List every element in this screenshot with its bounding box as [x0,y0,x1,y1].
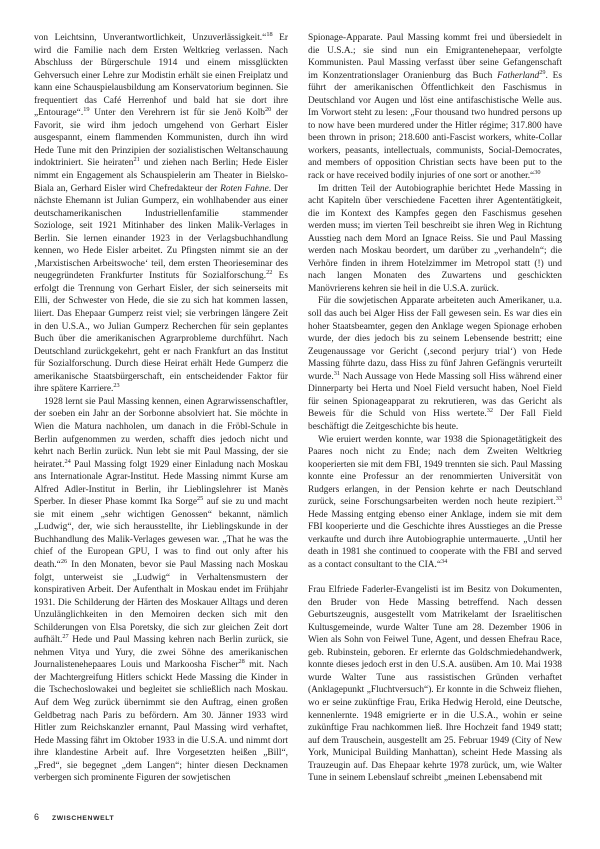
footnote-reference: 30 [534,169,540,176]
footnote-reference: 23 [113,382,119,389]
paragraph: Spionage-Apparate. Paul Massing kommt fr… [308,32,562,183]
paragraph: Für die sowjetischen Apparate arbeiteten… [308,295,562,433]
document-page: von Leichtsinn, Unverantwortlichkeit, Un… [0,0,600,849]
footnote-reference: 20 [265,106,271,113]
footnote-reference: 19 [83,106,89,113]
footnote-reference: 34 [441,558,447,565]
paragraph: 1928 lernt sie Paul Massing kennen, eine… [34,396,288,785]
article-text: von Leichtsinn, Unverantwortlichkeit, Un… [34,32,562,785]
text-column-right: Spionage-Apparate. Paul Massing kommt fr… [308,32,562,785]
footnote-reference: 25 [197,495,203,502]
footnote-reference: 32 [487,407,493,414]
footnote-reference: 33 [556,495,562,502]
page-footer: 6 ZWISCHENWELT [34,812,114,822]
paragraph: Im dritten Teil der Autobiographie beric… [308,183,562,296]
paragraph: Frau Elfriede Faderler-Evangelisti ist i… [308,584,562,785]
footnote-reference: 31 [334,370,340,377]
footnote-reference: 18 [266,32,272,38]
footnote-reference: 28 [239,658,245,665]
footnote-reference: 29 [539,69,545,76]
journal-name: ZWISCHENWELT [52,815,114,822]
paragraph: Wie eruiert werden konnte, war 1938 die … [308,434,562,572]
footnote-reference: 21 [133,156,139,163]
italic-title: Fatherland [497,71,539,81]
footnote-reference: 24 [64,457,70,464]
italic-title: Roten Fahne [220,184,269,194]
text-column-left: von Leichtsinn, Unverantwortlichkeit, Un… [34,32,288,785]
footnote-reference: 26 [61,558,67,565]
footnote-reference: 27 [62,633,68,640]
page-number: 6 [34,812,39,822]
paragraph: von Leichtsinn, Unverantwortlichkeit, Un… [34,32,288,396]
footnote-reference: 22 [266,269,272,276]
